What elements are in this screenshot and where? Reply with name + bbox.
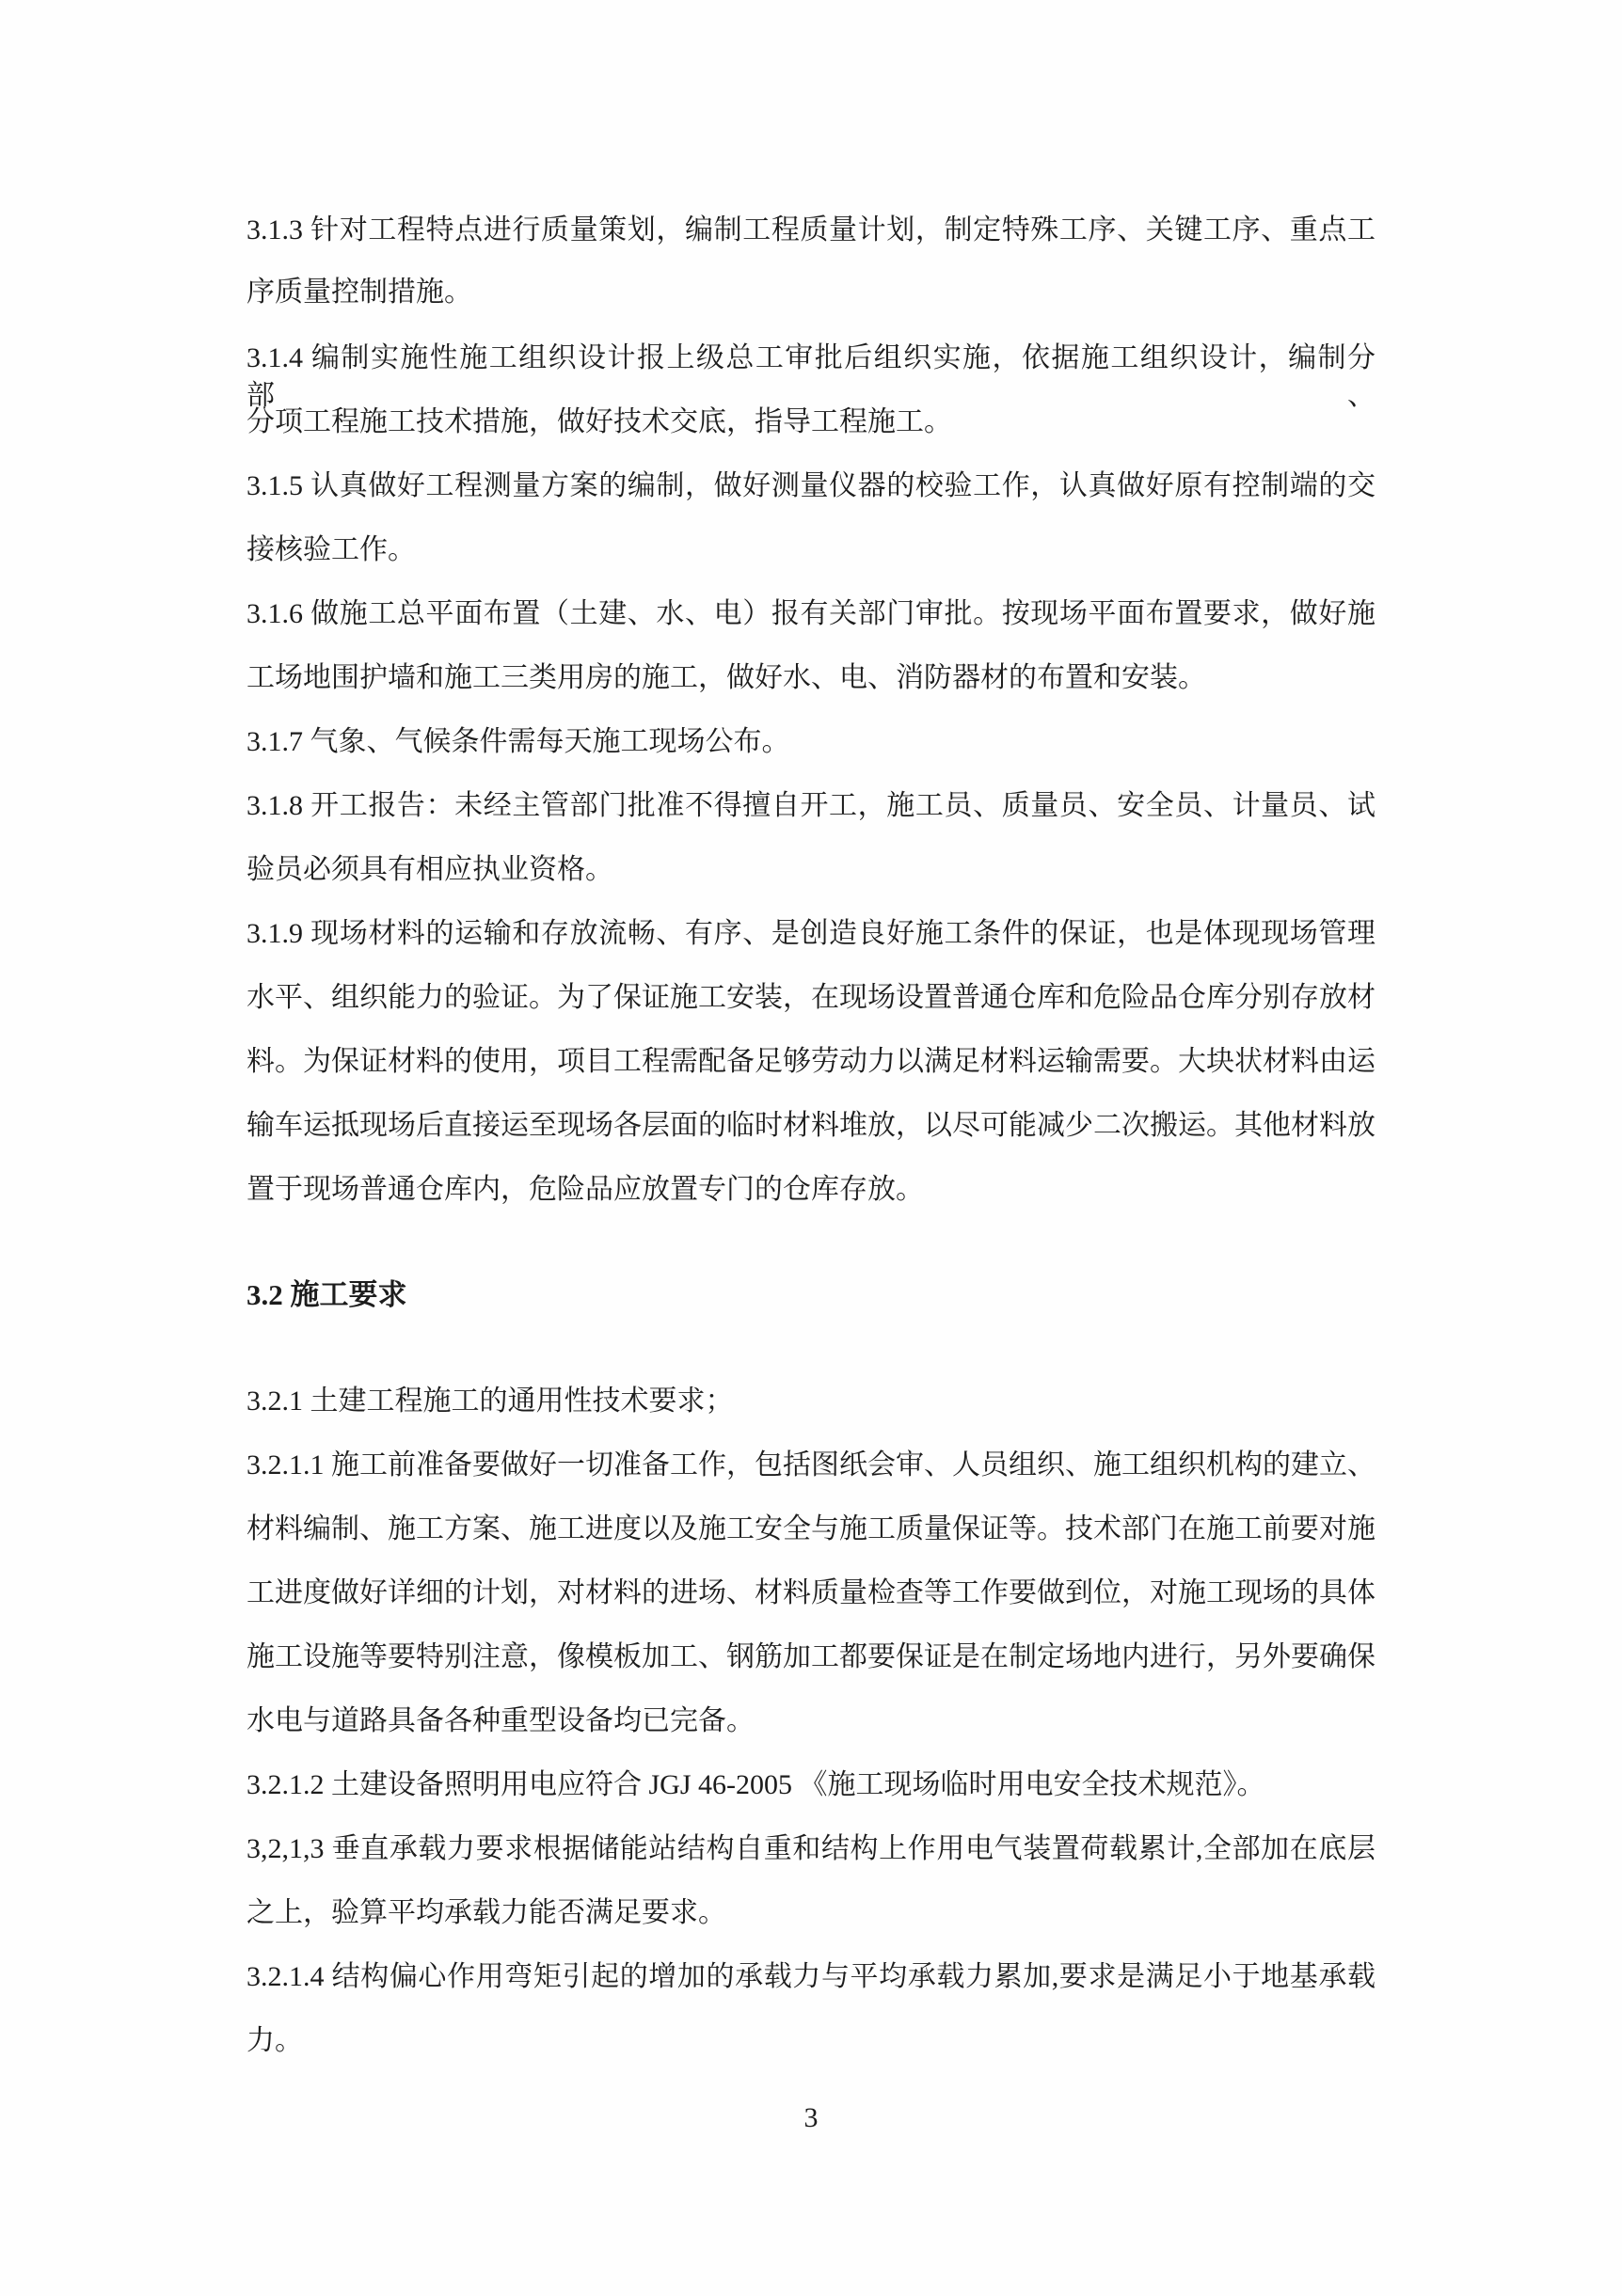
section-heading: 3.2 施工要求 bbox=[246, 1276, 1376, 1314]
text-line: 3.2.1 土建工程施工的通用性技术要求； bbox=[246, 1383, 1376, 1420]
text-line: 工场地围护墙和施工三类用房的施工，做好水、电、消防器材的布置和安装。 bbox=[246, 659, 1376, 697]
text-line: 之上，验算平均承载力能否满足要求。 bbox=[246, 1894, 1376, 1932]
document-page: 3.1.3 针对工程特点进行质量策划，编制工程质量计划，制定特殊工序、关键工序、… bbox=[0, 0, 1622, 2296]
text-line: 材料编制、施工方案、施工进度以及施工安全与施工质量保证等。技术部门在施工前要对施 bbox=[246, 1511, 1376, 1548]
text-line: 水平、组织能力的验证。为了保证施工安装，在现场设置普通仓库和危险品仓库分别存放材 bbox=[246, 979, 1376, 1017]
text-line: 施工设施等要特别注意，像模板加工、钢筋加工都要保证是在制定场地内进行，另外要确保 bbox=[246, 1639, 1376, 1676]
text-line: 3.1.8 开工报告：未经主管部门批准不得擅自开工，施工员、质量员、安全员、计量… bbox=[246, 787, 1376, 825]
text-line: 3.1.5 认真做好工程测量方案的编制，做好测量仪器的校验工作，认真做好原有控制… bbox=[246, 467, 1376, 505]
text-line: 3.2.1.1 施工前准备要做好一切准备工作，包括图纸会审、人员组织、施工组织机… bbox=[246, 1447, 1376, 1484]
text-line: 3.1.3 针对工程特点进行质量策划，编制工程质量计划，制定特殊工序、关键工序、… bbox=[246, 212, 1376, 249]
text-line: 接核验工作。 bbox=[246, 531, 1376, 569]
text-line: 3.2.1.4 结构偏心作用弯矩引起的增加的承载力与平均承载力累加,要求是满足小… bbox=[246, 1958, 1376, 1996]
text-line: 3,2,1,3 垂直承载力要求根据储能站结构自重和结构上作用电气装置荷载累计,全… bbox=[246, 1830, 1376, 1868]
text-line: 3.1.9 现场材料的运输和存放流畅、有序、是创造良好施工条件的保证，也是体现现… bbox=[246, 915, 1376, 953]
text-line: 3.1.6 做施工总平面布置（土建、水、电）报有关部门审批。按现场平面布置要求，… bbox=[246, 595, 1376, 633]
text-line: 力。 bbox=[246, 2022, 1376, 2060]
text-line: 分项工程施工技术措施，做好技术交底，指导工程施工。 bbox=[246, 404, 1376, 441]
text-line: 输车运抵现场后直接运至现场各层面的临时材料堆放，以尽可能减少二次搬运。其他材料放 bbox=[246, 1107, 1376, 1145]
text-line: 料。为保证材料的使用，项目工程需配备足够劳动力以满足材料运输需要。大块状材料由运 bbox=[246, 1043, 1376, 1081]
text-line: 工进度做好详细的计划，对材料的进场、材料质量检查等工作要做到位，对施工现场的具体 bbox=[246, 1575, 1376, 1612]
page-number: 3 bbox=[246, 2099, 1376, 2137]
text-line: 3.2.1.2 土建设备照明用电应符合 JGJ 46-2005 《施工现场临时用… bbox=[246, 1766, 1376, 1804]
text-line: 3.1.7 气象、气候条件需每天施工现场公布。 bbox=[246, 723, 1376, 761]
text-line: 置于现场普通仓库内，危险品应放置专门的仓库存放。 bbox=[246, 1171, 1376, 1209]
text-line: 序质量控制措施。 bbox=[246, 274, 1376, 311]
text-line: 验员必须具有相应执业资格。 bbox=[246, 851, 1376, 889]
text-line: 水电与道路具备各种重型设备均已完备。 bbox=[246, 1702, 1376, 1740]
